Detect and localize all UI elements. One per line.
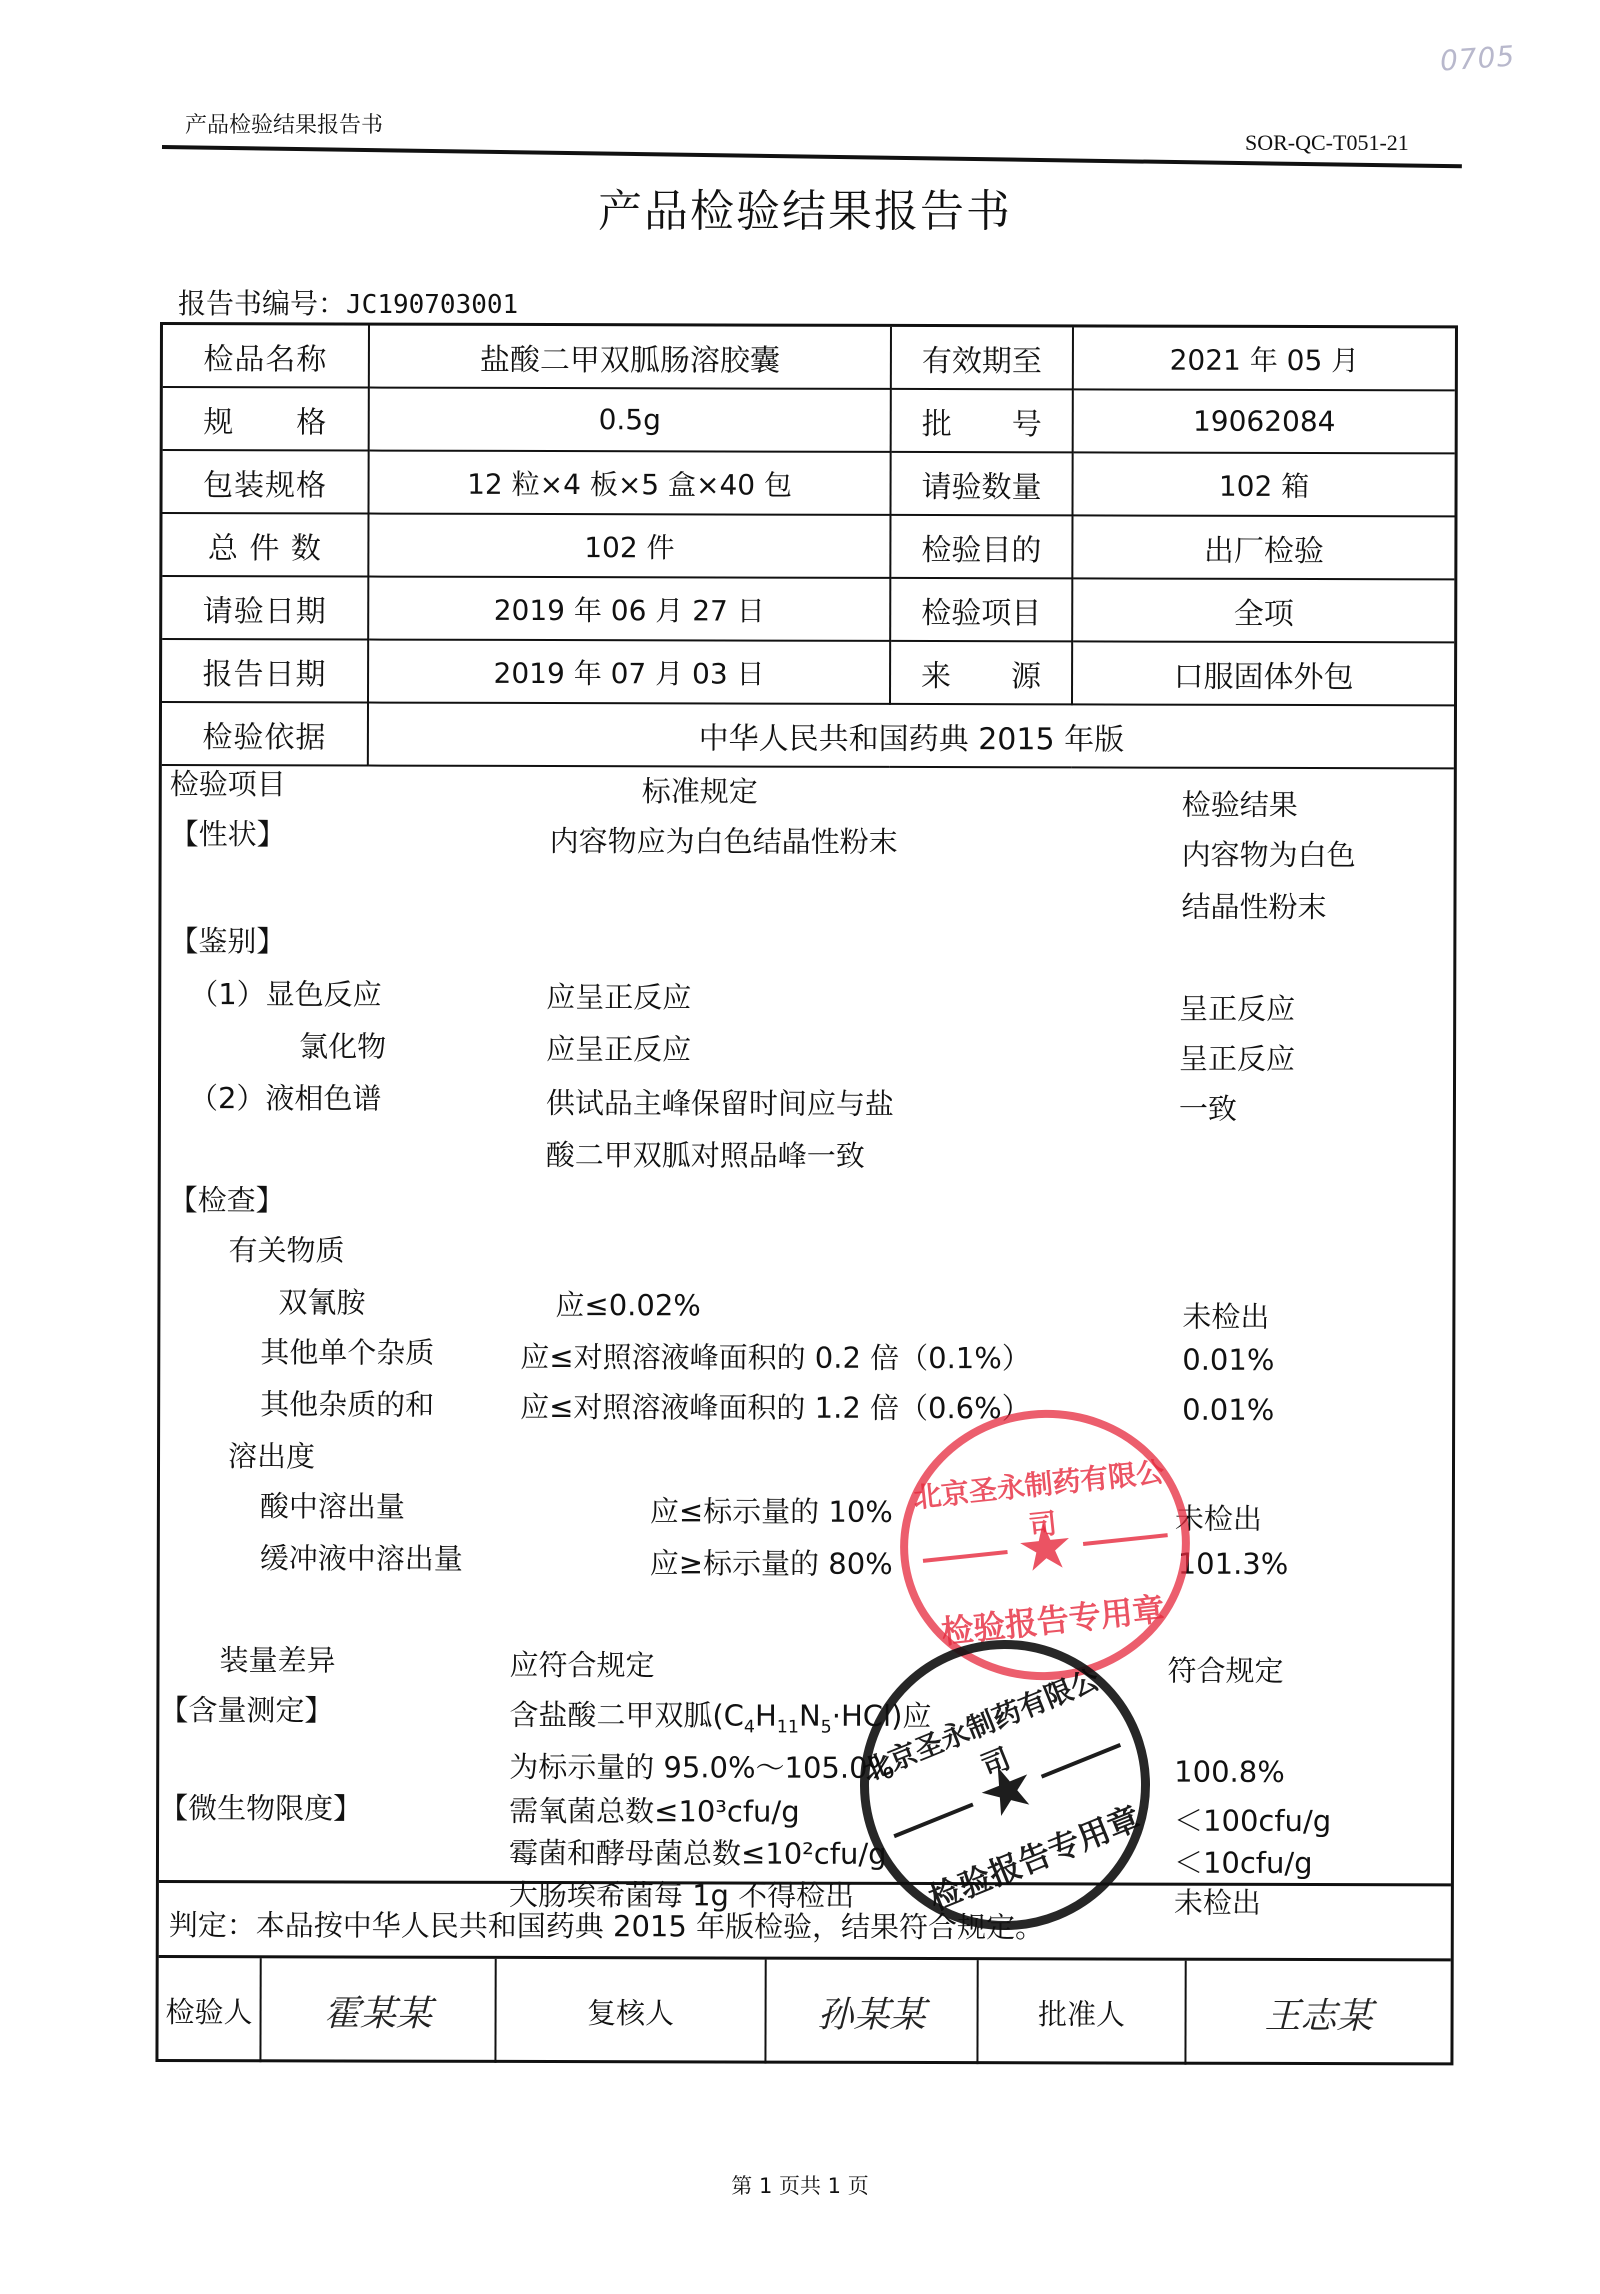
ident-standard-3: 供试品主峰保留时间应与盐 <box>546 1081 894 1123</box>
product-info-table: 检品名称 盐酸二甲双胍肠溶胶囊 有效期至 2021 年 05 月 规 格 0.5… <box>162 325 1455 769</box>
label-test-items: 检验项目 <box>890 578 1072 641</box>
ident-result-2: 呈正反应 <box>1179 1037 1295 1078</box>
approver-label: 批准人 <box>978 1960 1186 2065</box>
signature-row: 检验人 霍某某 复核人 孙某某 批准人 王志某 <box>158 1958 1450 2065</box>
fill-variation-standard: 应符合规定 <box>509 1643 654 1684</box>
ident-name-3: （2）液相色谱 <box>189 1076 382 1118</box>
header-result: 检验结果 <box>1182 783 1298 824</box>
assay-result: 100.8% <box>1174 1755 1285 1789</box>
value-purpose: 出厂检验 <box>1072 515 1454 579</box>
micro-result-2: ＜10cfu/g <box>1174 1841 1313 1882</box>
page-footer: 第 1 页共 1 页 <box>0 2170 1600 2200</box>
reviewer-signature: 孙某某 <box>766 1960 978 2065</box>
appearance-standard: 内容物应为白色结晶性粉末 <box>550 819 898 861</box>
report-frame: 检品名称 盐酸二甲双胍肠溶胶囊 有效期至 2021 年 05 月 规 格 0.5… <box>155 322 1458 2065</box>
table-row: 请验日期 2019 年 06 月 27 日 检验项目 全项 <box>162 576 1454 642</box>
rs-standard-1: 应≤0.02% <box>555 1283 701 1324</box>
verdict: 判定：本品按中华人民共和国药典 2015 年版检验，结果符合规定。 <box>159 1880 1451 1961</box>
label-request-date: 请验日期 <box>162 576 368 640</box>
fill-variation-result: 符合规定 <box>1167 1649 1283 1690</box>
report-number: 报告书编号：JC190703001 <box>178 282 518 322</box>
table-row: 报告日期 2019 年 07 月 03 日 来 源 口服固体外包 <box>162 639 1454 705</box>
inspector-signature: 霍某某 <box>261 1958 496 2063</box>
assay-standard-line2: 为标示量的 95.0%～105.0% <box>509 1745 895 1787</box>
related-substances-title: 有关物质 <box>229 1228 345 1269</box>
header-left-title: 产品检验结果报告书 <box>185 108 383 139</box>
rs-standard-2: 应≤对照溶液峰面积的 0.2 倍（0.1%） <box>520 1335 1031 1377</box>
value-basis: 中华人民共和国药典 2015 年版 <box>368 703 1454 769</box>
value-total-pieces: 102 件 <box>368 514 890 578</box>
table-row: 包装规格 12 粒×4 板×5 盒×40 包 请验数量 102 箱 <box>162 450 1454 516</box>
reviewer-label: 复核人 <box>496 1959 766 2064</box>
inspector-signature-text: 霍某某 <box>324 1985 432 2036</box>
rs-result-2: 0.01% <box>1182 1343 1274 1377</box>
test-results: 检验项目 标准规定 检验结果 【性状】 内容物应为白色结晶性粉末 内容物为白色 … <box>159 762 1454 1885</box>
label-purpose: 检验目的 <box>890 515 1072 578</box>
value-request-date: 2019 年 06 月 27 日 <box>368 577 890 641</box>
ident-name-1: （1）显色反应 <box>189 972 382 1014</box>
assay-standard: 含盐酸二甲双胍(C4H11N5·HCl)应 <box>509 1693 931 1738</box>
section-identification: 【鉴别】 <box>169 919 285 960</box>
ident-name-2: 氯化物 <box>299 1024 386 1065</box>
page-title: 产品检验结果报告书 <box>0 175 1600 239</box>
value-request-qty: 102 箱 <box>1072 452 1454 516</box>
table-row: 检品名称 盐酸二甲双胍肠溶胶囊 有效期至 2021 年 05 月 <box>163 325 1455 390</box>
rs-name-2: 其他单个杂质 <box>260 1330 434 1371</box>
diss-result-2: 101.3% <box>1178 1547 1289 1581</box>
rs-name-1: 双氰胺 <box>278 1280 365 1321</box>
micro-standard-2: 霉菌和酵母菌总数≤10²cfu/g <box>509 1831 887 1873</box>
label-source: 来 源 <box>890 641 1072 704</box>
label-spec: 规 格 <box>163 387 369 451</box>
diss-name-2: 缓冲液中溶出量 <box>260 1536 463 1578</box>
diss-standard-2: 应≥标示量的 80% <box>650 1541 893 1583</box>
ident-result-3: 一致 <box>1179 1087 1237 1128</box>
label-basis: 检验依据 <box>162 702 368 766</box>
inspector-label: 检验人 <box>158 1958 261 2062</box>
value-expiry: 2021 年 05 月 <box>1073 327 1455 390</box>
reviewer-signature-text: 孙某某 <box>817 1986 925 2037</box>
header-test-item: 检验项目 <box>170 762 286 803</box>
value-spec: 0.5g <box>369 388 891 452</box>
rs-name-3: 其他杂质的和 <box>260 1382 434 1423</box>
report-number-value: JC190703001 <box>346 290 518 320</box>
report-number-label: 报告书编号： <box>178 287 346 320</box>
header-standard: 标准规定 <box>642 769 758 810</box>
appearance-result-1: 内容物为白色 <box>1182 833 1356 874</box>
rs-standard-3: 应≤对照溶液峰面积的 1.2 倍（0.6%） <box>520 1385 1031 1427</box>
label-total-pieces: 总 件 数 <box>162 513 368 577</box>
approver-signature: 王志某 <box>1186 1961 1450 2066</box>
ident-result-1: 呈正反应 <box>1179 987 1295 1028</box>
table-row: 规 格 0.5g 批 号 19062084 <box>163 387 1455 453</box>
section-microbial: 【微生物限度】 <box>159 1786 362 1828</box>
rs-result-3: 0.01% <box>1182 1393 1274 1427</box>
dissolution-title: 溶出度 <box>228 1434 315 1475</box>
section-appearance: 【性状】 <box>170 812 286 853</box>
table-row: 检验依据 中华人民共和国药典 2015 年版 <box>162 702 1454 768</box>
label-report-date: 报告日期 <box>162 639 368 703</box>
diss-name-1: 酸中溶出量 <box>260 1484 405 1525</box>
handwritten-mark: 0705 <box>1439 39 1516 77</box>
section-tests: 【检查】 <box>169 1178 285 1219</box>
document-code: SOR-QC-T051-21 <box>1245 130 1409 156</box>
value-test-items: 全项 <box>1072 578 1454 642</box>
label-expiry: 有效期至 <box>891 327 1073 389</box>
micro-result-1: ＜100cfu/g <box>1174 1799 1331 1840</box>
value-report-date: 2019 年 07 月 03 日 <box>368 640 890 704</box>
micro-standard-1: 需氧菌总数≤10³cfu/g <box>509 1789 800 1831</box>
label-packaging: 包装规格 <box>162 450 368 514</box>
value-batch: 19062084 <box>1073 389 1455 453</box>
appearance-result-2: 结晶性粉末 <box>1181 885 1326 926</box>
ident-standard-3-line2: 酸二甲双胍对照品峰一致 <box>546 1133 865 1175</box>
assay-standard-prefix: 含盐酸二甲双胍 <box>509 1698 712 1733</box>
diss-standard-1: 应≤标示量的 10% <box>650 1489 893 1531</box>
value-source: 口服固体外包 <box>1072 641 1454 705</box>
rs-result-1: 未检出 <box>1182 1295 1269 1336</box>
section-assay: 【含量测定】 <box>159 1688 333 1729</box>
label-request-qty: 请验数量 <box>890 452 1072 515</box>
ident-standard-2: 应呈正反应 <box>546 1027 691 1068</box>
value-packaging: 12 粒×4 板×5 盒×40 包 <box>368 451 890 515</box>
approver-signature-text: 王志某 <box>1264 1987 1372 2038</box>
label-product-name: 检品名称 <box>163 325 369 388</box>
fill-variation-name: 装量差异 <box>219 1638 335 1679</box>
ident-standard-1: 应呈正反应 <box>546 975 691 1016</box>
label-batch: 批 号 <box>891 389 1073 452</box>
table-row: 总 件 数 102 件 检验目的 出厂检验 <box>162 513 1454 579</box>
value-product-name: 盐酸二甲双胍肠溶胶囊 <box>369 326 891 389</box>
